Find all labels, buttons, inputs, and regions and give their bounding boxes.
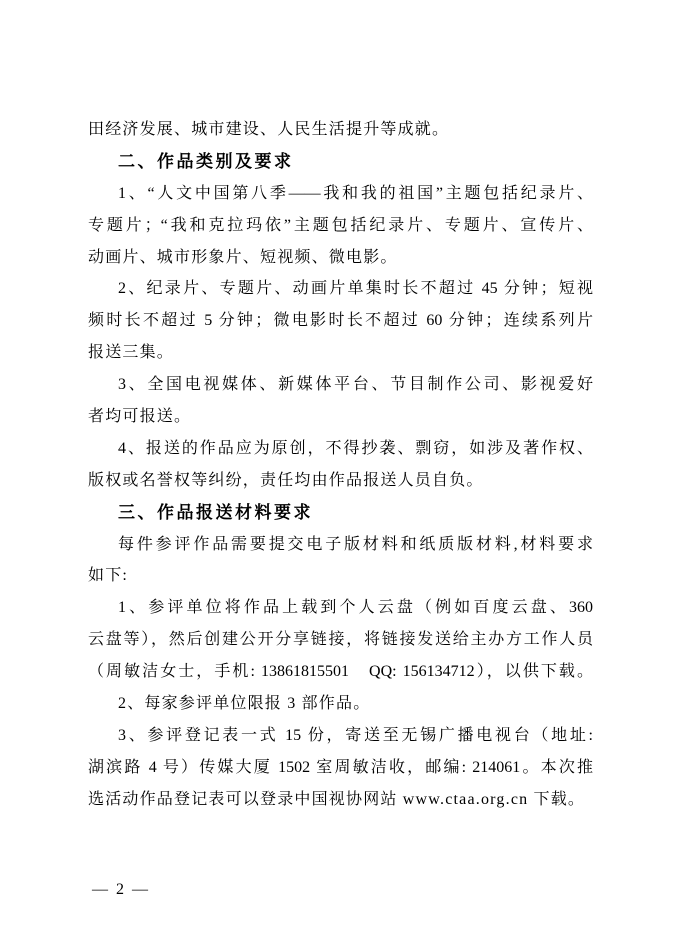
page-number: — 2 — (92, 877, 150, 903)
body-text-line: 者均可报送。 (88, 401, 593, 433)
body-text-line: 每件参评作品需要提交电子版材料和纸质版材料,材料要求 (88, 529, 593, 561)
body-text-line: 版权或名誉权等纠纷，责任均由作品报送人员自负。 (88, 465, 593, 497)
body-text-line: 如下: (88, 560, 593, 592)
body-text-line: 湖滨路 4 号）传媒大厦 1502 室周敏洁收，邮编: 214061。本次推 (88, 752, 593, 784)
body-text-line: 专题片；“我和克拉玛依”主题包括纪录片、专题片、宣传片、 (88, 210, 593, 242)
body-text-line: 1、“人文中国第八季——我和我的祖国”主题包括纪录片、 (88, 178, 593, 210)
body-text-line: 云盘等），然后创建公开分享链接，将链接发送给主办方工作人员 (88, 624, 593, 656)
body-text-line: 田经济发展、城市建设、人民生活提升等成就。 (88, 114, 593, 146)
body-text-line: 4、报送的作品应为原创，不得抄袭、剽窃，如涉及著作权、 (88, 433, 593, 465)
body-text-line: 动画片、城市形象片、短视频、微电影。 (88, 242, 593, 274)
body-text-line: 3、全国电视媒体、新媒体平台、节目制作公司、影视爱好 (88, 369, 593, 401)
body-text-line: 2、每家参评单位限报 3 部作品。 (88, 688, 593, 720)
section-heading-line: 二、作品类别及要求 (88, 146, 593, 178)
document-body: 田经济发展、城市建设、人民生活提升等成就。二、作品类别及要求1、“人文中国第八季… (88, 114, 593, 816)
body-text-line: 3、参评登记表一式 15 份，寄送至无锡广播电视台（地址: (88, 720, 593, 752)
section-heading-line: 三、作品报送材料要求 (88, 497, 593, 529)
body-text-line: （周敏洁女士，手机: 13861815501 QQ: 156134712），以供… (88, 656, 593, 688)
body-text-line: 选活动作品登记表可以登录中国视协网站 www.ctaa.org.cn 下载。 (88, 784, 593, 816)
body-text-line: 1、参评单位将作品上载到个人云盘（例如百度云盘、360 (88, 592, 593, 624)
body-text-line: 2、纪录片、专题片、动画片单集时长不超过 45 分钟；短视 (88, 273, 593, 305)
body-text-line: 报送三集。 (88, 337, 593, 369)
scanned-document-page: 田经济发展、城市建设、人民生活提升等成就。二、作品类别及要求1、“人文中国第八季… (0, 0, 673, 951)
body-text-line: 频时长不超过 5 分钟；微电影时长不超过 60 分钟；连续系列片 (88, 305, 593, 337)
